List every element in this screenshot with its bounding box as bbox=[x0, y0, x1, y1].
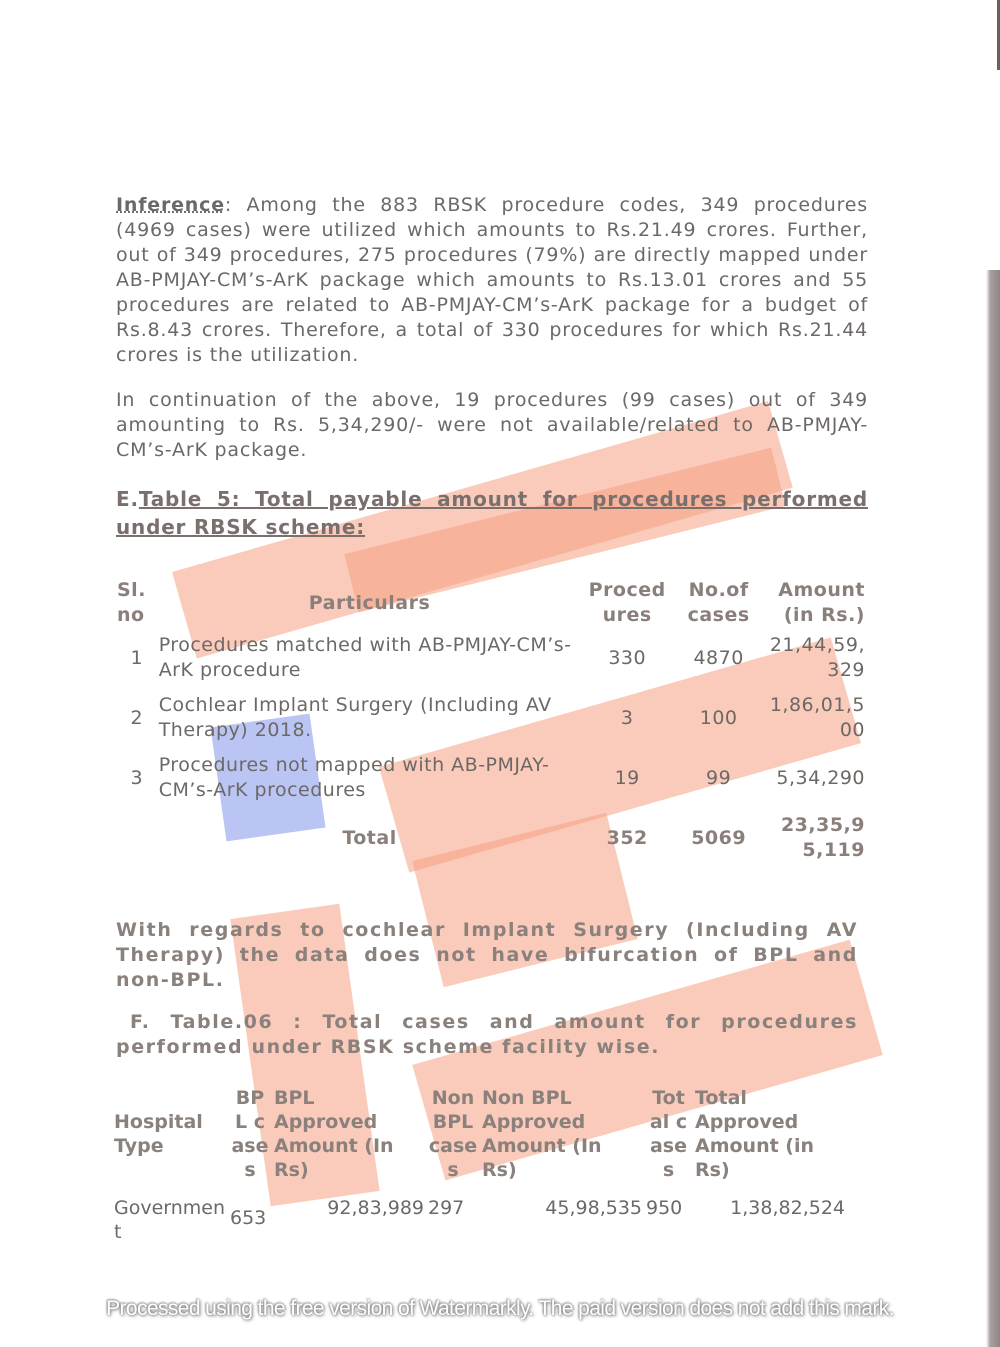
cell-procedures: 330 bbox=[581, 629, 673, 689]
cell-bpl-amount: 92,83,989 bbox=[272, 1182, 426, 1244]
col-total-cases: Total cases bbox=[644, 1086, 693, 1182]
col-bpl-amount: BPL Approved Amount (In Rs) bbox=[272, 1086, 426, 1182]
cell-sl: 2 bbox=[116, 689, 158, 749]
table5-header-row: Sl. no Particulars Proced ures No.of cas… bbox=[116, 577, 866, 629]
table5: Sl. no Particulars Proced ures No.of cas… bbox=[116, 577, 866, 869]
total-cases: 5069 bbox=[673, 809, 764, 869]
inference-paragraph: Inference: Among the 883 RBSK procedure … bbox=[116, 193, 868, 368]
cell-cases: 99 bbox=[673, 749, 764, 809]
cell-total-cases: 950 bbox=[644, 1182, 693, 1244]
document-page: Inference: Among the 883 RBSK procedure … bbox=[0, 0, 1000, 1347]
inference-label: Inference bbox=[116, 194, 225, 216]
continuation-paragraph: In continuation of the above, 19 procedu… bbox=[116, 388, 868, 463]
table6: Hospital Type BPL cases BPL Approved Amo… bbox=[112, 1086, 847, 1244]
table6-title: F. Table.06 : Total cases and amount for… bbox=[116, 1010, 858, 1060]
cell-sl: 1 bbox=[116, 629, 158, 689]
table6-header-row: Hospital Type BPL cases BPL Approved Amo… bbox=[112, 1086, 847, 1182]
cell-sl: 3 bbox=[116, 749, 158, 809]
table5-title-text: Table 5: Total payable amount for proced… bbox=[116, 487, 868, 539]
col-procedures: Proced ures bbox=[581, 577, 673, 629]
page-edge-shadow bbox=[986, 270, 1000, 1347]
cochlear-note: With regards to cochlear Implant Surgery… bbox=[116, 918, 858, 993]
col-hospital-type: Hospital Type bbox=[112, 1086, 228, 1182]
cell-particulars: Cochlear Implant Surgery (Including AV T… bbox=[158, 689, 582, 749]
cell-nonbpl-amount: 45,98,535 bbox=[480, 1182, 644, 1244]
inference-text: : Among the 883 RBSK procedure codes, 34… bbox=[116, 194, 868, 366]
col-amount: Amount (in Rs.) bbox=[764, 577, 866, 629]
col-nonbpl-amount: Non BPL Approved Amount (In Rs) bbox=[480, 1086, 644, 1182]
text-body: Inference: Among the 883 RBSK procedure … bbox=[116, 193, 868, 541]
cell-total-amount: 1,38,82,524 bbox=[693, 1182, 847, 1244]
total-amount: 23,35,95,119 bbox=[764, 809, 866, 869]
table-row: 2 Cochlear Implant Surgery (Including AV… bbox=[116, 689, 866, 749]
table-row: 1 Procedures matched with AB-PMJAY-CM’s-… bbox=[116, 629, 866, 689]
cell-amount: 1,86,01,500 bbox=[764, 689, 866, 749]
cell-procedures: 19 bbox=[581, 749, 673, 809]
cell-amount: 21,44,59,329 bbox=[764, 629, 866, 689]
cell-bpl-cases: 653 bbox=[228, 1182, 272, 1244]
col-nonbpl-cases: Non BPL cases bbox=[426, 1086, 480, 1182]
total-label: Total bbox=[158, 809, 582, 869]
table5-title: E.Table 5: Total payable amount for proc… bbox=[116, 485, 868, 541]
cell-nonbpl-cases: 297 bbox=[426, 1182, 480, 1244]
col-sl: Sl. no bbox=[116, 577, 158, 629]
col-particulars: Particulars bbox=[158, 577, 582, 629]
table-row: Government 653 92,83,989 297 45,98,535 9… bbox=[112, 1182, 847, 1244]
total-procedures: 352 bbox=[581, 809, 673, 869]
table5-prefix: E. bbox=[116, 487, 139, 511]
col-cases: No.of cases bbox=[673, 577, 764, 629]
cell-particulars: Procedures matched with AB-PMJAY-CM’s-Ar… bbox=[158, 629, 582, 689]
notes-section: With regards to cochlear Implant Surgery… bbox=[116, 918, 858, 1060]
table-row: 3 Procedures not mapped with AB-PMJAY-CM… bbox=[116, 749, 866, 809]
cell-procedures: 3 bbox=[581, 689, 673, 749]
watermark-text: Processed using the free version of Wate… bbox=[0, 1297, 1000, 1321]
col-total-amount: Total Approved Amount (in Rs) bbox=[693, 1086, 847, 1182]
table-total-row: Total 352 5069 23,35,95,119 bbox=[116, 809, 866, 869]
cell-particulars: Procedures not mapped with AB-PMJAY-CM’s… bbox=[158, 749, 582, 809]
col-bpl-cases: BPL cases bbox=[228, 1086, 272, 1182]
cell-empty bbox=[116, 809, 158, 869]
cell-cases: 4870 bbox=[673, 629, 764, 689]
cell-cases: 100 bbox=[673, 689, 764, 749]
cell-hospital-type: Government bbox=[112, 1182, 228, 1244]
cell-amount: 5,34,290 bbox=[764, 749, 866, 809]
